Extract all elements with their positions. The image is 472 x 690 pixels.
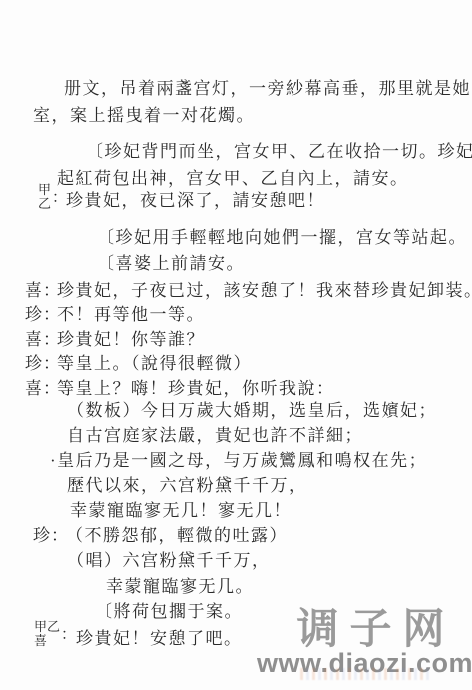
watermark-site-name: 调子网 (293, 596, 459, 656)
speaker-label: 喜： (25, 379, 61, 399)
stage-direction: 〔將荷包擱于案。 (95, 602, 243, 622)
verse-line: ·皇后乃是一國之母，与万歲鸞鳳和鳴权在先； (50, 451, 427, 471)
dialogue-line: 等皇上。（說得很輕微） (57, 354, 252, 374)
stage-direction: 〔珍妃用手輕輕地向她們一擺，宫女等站起。 (97, 228, 467, 248)
narration-line: 册文，吊着兩盞宫灯，一旁紗幕高垂，那里就是她的寢 (64, 79, 472, 99)
dialogue-line: 珍貴妃！你等誰？ (57, 330, 205, 350)
speaker-label-top: 甲 (38, 183, 51, 197)
watermark-noise-artifact (300, 668, 430, 680)
speaker-label-top: 甲乙 (34, 620, 60, 634)
verse-line: 自古宫庭家法嚴，貴妃也許不詳細； (67, 426, 363, 446)
dialogue-line: 不！再等他一等。 (57, 305, 205, 325)
verse-line: （数板）今日万歲大婚期，选皇后，选嬪妃； (67, 401, 437, 421)
verse-line: 歷代以來，六宫粉黛千千万， (67, 476, 308, 496)
stage-direction: 〔喜婆上前請安。 (97, 254, 245, 274)
speaker-colon: ： (61, 623, 76, 644)
speaker-label: 珍： (25, 305, 61, 325)
speaker-label-stacked: 甲 乙 ： (38, 183, 67, 210)
speaker-label-bottom: 喜 (34, 634, 60, 648)
speaker-label-stacked: 甲乙 喜 ： (34, 620, 76, 647)
dialogue-line: 珍貴妃，子夜已过，該安憩了！我來替珍貴妃卸装。 (57, 281, 472, 301)
dialogue-line: 等皇上？嗨！珍貴妃，你听我說： (57, 379, 335, 399)
speaker-label: 珍： (25, 354, 61, 374)
verse-line: 幸蒙寵臨寥无几！寥无几！ (70, 501, 292, 521)
dialogue-line: 珍貴妃，夜已深了，請安憩吧！ (66, 191, 325, 211)
narration-line: 室，案上摇曳着一对花燭。 (33, 106, 255, 126)
speaker-label: 喜： (25, 281, 61, 301)
dialogue-line: （不勝怨郁，輕微的吐露） (66, 526, 288, 546)
scanned-script-page: 册文，吊着兩盞宫灯，一旁紗幕高垂，那里就是她的寢 室，案上摇曳着一对花燭。 〔珍… (0, 0, 472, 690)
speaker-colon: ： (52, 186, 67, 207)
dialogue-line: 珍貴妃！安憩了吧。 (76, 629, 243, 649)
speaker-label: 喜： (25, 330, 61, 350)
verse-line: 幸蒙寵臨寥无几。 (106, 577, 254, 597)
speaker-label-bottom: 乙 (38, 197, 51, 211)
stage-direction: 起紅荷包出神，宫女甲、乙自內上，請安。 (57, 169, 409, 189)
speaker-label: 珍： (33, 526, 69, 546)
verse-line: （唱）六宫粉黛千千万， (67, 551, 271, 571)
stage-direction: 〔珍妃背門而坐，宫女甲、乙在收拾一切。珍妃拿 (86, 142, 472, 162)
